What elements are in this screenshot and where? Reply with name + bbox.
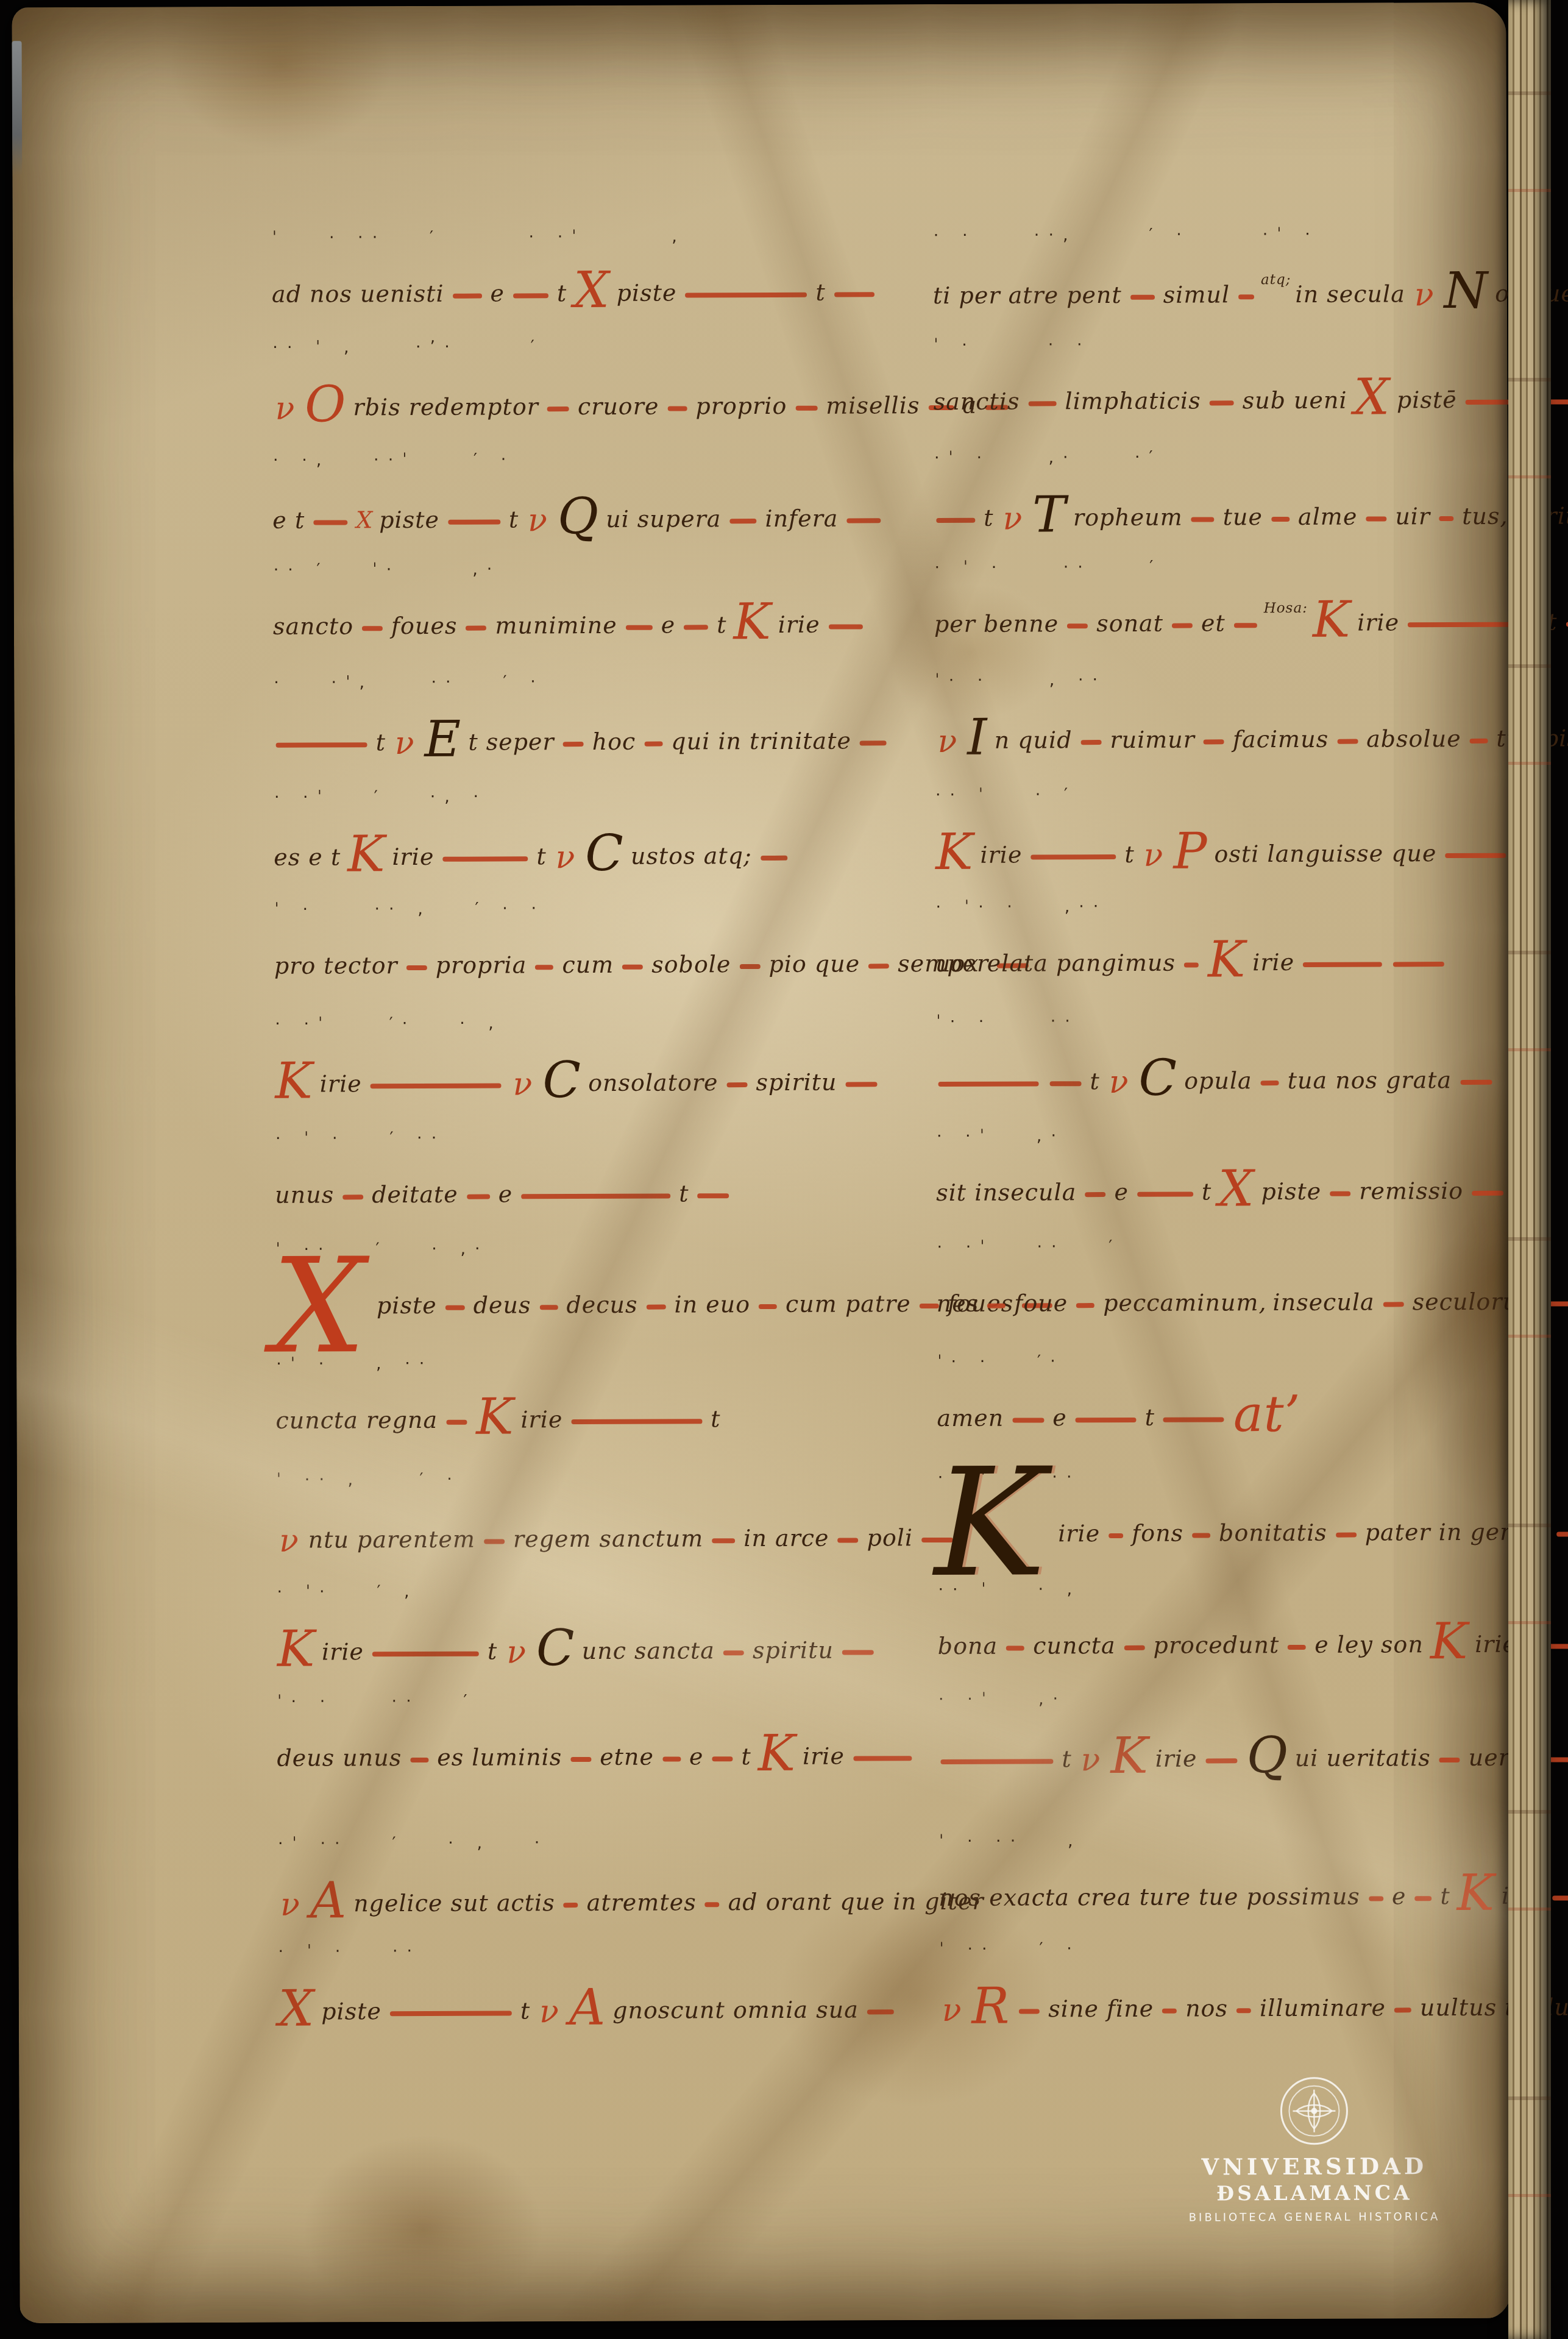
red-extender-line (1012, 1418, 1044, 1422)
red-extender-line (521, 1193, 670, 1199)
neume-row: · ˈ · ·· (278, 1940, 929, 1961)
red-extender-line (1050, 1081, 1082, 1086)
red-extender-line (1383, 1302, 1404, 1307)
text-line: ˈ ·· , ′ ·νntu parentemregem sanctumin a… (17, 1519, 1512, 1616)
text-line: · ˈ · ′ ··unusdeitateet· ·ˈ ,·sit insecu… (16, 1177, 1511, 1274)
chant-text: es e tKirietνCustos atq; (271, 839, 793, 877)
red-extender-line (759, 1304, 777, 1308)
neume-row: · ·ˈ ·· ′ (937, 1236, 1542, 1257)
red-extender-line (535, 965, 553, 970)
chant-word: simul (1163, 281, 1230, 308)
red-extender-line (729, 519, 756, 524)
red-extender-line (705, 1902, 720, 1907)
red-extender-line (406, 965, 427, 970)
chant-word: e t (272, 507, 305, 534)
neume-row: · ·, ··ˈ ′ · (273, 449, 924, 470)
chant-word: ui ueritatis (1295, 1744, 1431, 1772)
chant-word: t (1440, 1883, 1450, 1909)
chant-word: cuncta (1033, 1632, 1116, 1659)
chant-word: procedunt (1153, 1631, 1279, 1659)
chant-word: e (1114, 1179, 1129, 1205)
chant-text: νntu parentemregem sanctumin arcepoli (273, 1521, 959, 1560)
chant-word: t (1202, 1178, 1211, 1205)
chant-text: νRsine finenosilluminareuultus tui luce (936, 1990, 1568, 2029)
red-extender-line (1191, 517, 1215, 522)
versus-mark: ν (942, 1992, 962, 2029)
left-column-line: · ˈ· ′ ,KirietνCunc sanctaspiritu (274, 1633, 929, 1727)
neume-row: · · ··, ′ · ·ˈ · (934, 224, 1539, 245)
red-extender-line (571, 1419, 702, 1424)
red-extender-line (390, 2011, 512, 2016)
chant-word: piste (1261, 1178, 1321, 1205)
red-extender-line (1439, 516, 1453, 521)
chant-word: foue (1014, 1290, 1068, 1316)
red-extender-line (1549, 1301, 1568, 1306)
chant-text: nesfouepeccaminum,inseculaseculorum (934, 1288, 1568, 1317)
neume-row: · ˈ· ′ , (277, 1580, 928, 1602)
chant-word: peccaminum, (1103, 1289, 1266, 1316)
chant-text: ad nos uenistietXpistet (269, 279, 880, 307)
watermark-line-3: BIBLIOTECA GENERAL HISTORICA (1174, 2210, 1455, 2224)
chant-word: cum patre (786, 1290, 911, 1318)
neume-row: · ˈ· · ,·· (935, 896, 1541, 917)
chant-word: irie (980, 842, 1022, 868)
chant-word: irie (520, 1406, 562, 1433)
chant-word: facimus (1233, 726, 1329, 753)
red-extender-line (1204, 739, 1224, 744)
neume-row: · ·ˈ ′· · , (275, 1012, 926, 1034)
red-extender-line (1393, 962, 1444, 967)
text-line: ·ˈ ·· ′ · , ·νAngelice sut actisatremtes… (18, 1883, 1513, 1979)
red-extender-line (1238, 294, 1254, 299)
red-extender-line (842, 1650, 874, 1655)
chant-word: e (498, 1180, 513, 1207)
chant-word: e (689, 1743, 704, 1770)
chant-word: etne (600, 1744, 654, 1770)
chant-word: spiritu (756, 1069, 837, 1096)
chant-word: nos exacta crea ture tue possimus (938, 1883, 1360, 1911)
red-extender-line (442, 856, 528, 861)
neume-row: · ·ˈ ,· (937, 1125, 1542, 1146)
chant-word: sonat (1096, 610, 1163, 637)
chant-word: fons (1132, 1520, 1183, 1547)
chant-word: t (741, 1743, 751, 1770)
neume-row: ·· ˈ , ·ʼ· ′ (272, 336, 924, 357)
red-extender-line (739, 964, 760, 969)
red-extender-line (846, 1082, 878, 1087)
chant-word: poli (867, 1524, 913, 1551)
chant-word: n quid (995, 726, 1073, 753)
red-extender-line (563, 742, 584, 747)
chant-word: unus (275, 1181, 334, 1208)
chant-word: proprio (695, 392, 787, 420)
chant-word: infera (765, 505, 838, 532)
red-extender-line (1414, 1896, 1431, 1901)
chant-word: nes (937, 1290, 979, 1317)
versus-mark: ν (539, 1993, 559, 2030)
chant-word: irie (1252, 949, 1294, 976)
red-extender-line (712, 1538, 735, 1543)
red-extender-line (1210, 400, 1234, 405)
versus-mark: ν (275, 391, 296, 427)
chant-text: tνKirieQui ueritatisuerbo (935, 1740, 1568, 1779)
chant-word: pro tector (274, 952, 398, 979)
chant-text: Kiriefonsbonitatispater in genitea quo (934, 1518, 1568, 1548)
chant-text: nos exacta crea ture tue possimusetKirie (935, 1882, 1568, 1911)
versus-mark: ν (528, 502, 548, 539)
red-extender-line (1470, 738, 1488, 743)
versus-mark: ν (1144, 837, 1164, 874)
red-extender-line (1006, 1645, 1024, 1650)
chant-text: νOrbis redemptorcruorepropriomisellisa (269, 388, 1015, 427)
chant-word: onsolatore (588, 1069, 718, 1096)
chant-word: qui in trinitate (671, 727, 851, 754)
watermark-line-2: ĐSALAMANCA (1174, 2181, 1455, 2206)
neume-row: ·· ′ ˈ· ,· (274, 558, 925, 580)
red-extender-line (547, 406, 569, 411)
chant-word: bona (938, 1633, 998, 1659)
red-extender-line (1236, 2008, 1251, 2013)
left-column-line: ·ˈ ·· ′ · , ·νAngelice sut actisatremtes… (274, 1884, 930, 1978)
red-extender-line (1472, 1190, 1503, 1195)
chant-word: nos (1185, 1995, 1228, 2021)
versus-mark: ν (395, 725, 415, 762)
red-extender-line (1556, 1532, 1568, 1536)
red-extender-line (410, 1757, 428, 1762)
neume-row: · ·ˈ ′ ·, · (274, 786, 926, 807)
red-extender-line (868, 964, 889, 968)
chant-word: sine fine (1048, 1995, 1154, 2023)
chant-text: KirietνCunc sanctaspiritu (274, 1633, 879, 1671)
red-extender-line (276, 742, 367, 748)
red-extender-line (795, 405, 817, 410)
red-extender-line (860, 740, 887, 745)
chant-word: t (557, 280, 567, 307)
chant-word: per benne (934, 610, 1059, 637)
red-extender-line (829, 624, 863, 629)
versus-mark: ν (556, 839, 576, 876)
versus-mark: ν (279, 1523, 299, 1560)
red-extender-line (362, 626, 383, 631)
chant-text: per bennesonatetHosa:Kiriet (931, 608, 1568, 637)
chant-word: irie (322, 1638, 364, 1665)
red-extender-line (1548, 1757, 1568, 1762)
red-extender-line (1028, 401, 1056, 406)
text-line: · ·ˈ ′ ·, ·es e tKirietνCustos atq;·· ˈ … (15, 836, 1509, 933)
book-fore-edge (1508, 0, 1551, 2339)
red-extender-line (846, 518, 881, 523)
versus-mark: ν (280, 1887, 300, 1923)
red-extender-line (698, 1193, 729, 1198)
red-extender-line (712, 1756, 733, 1761)
chant-word: propria (436, 951, 527, 979)
red-extender-line (987, 1303, 1006, 1308)
right-column-line: ·· ˈ · ,bonacunctaprocedunte ley sonKiri… (935, 1631, 1545, 1724)
chant-word: illuminare (1260, 1994, 1386, 2021)
library-watermark: VNIVERSIDAD ĐSALAMANCA BIBLIOTECA GENERA… (1174, 2075, 1455, 2224)
chant-word: irie (803, 1743, 845, 1770)
chant-word: in euo (674, 1291, 750, 1318)
text-line: · ˈ· ′ ,KirietνCunc sanctaspiritu·· ˈ · … (18, 1631, 1513, 1728)
neume-row: ˈ · ·· ′ · ·ˈ , (272, 226, 924, 247)
neume-row: ˈ· · ·· ′ (277, 1690, 929, 1711)
right-column-line: ˈ ·· ′ ·νRsine finenosilluminareuultus t… (936, 1990, 1546, 2084)
red-extender-line (1394, 2007, 1411, 2012)
left-column-line: ˈ · ·· ′ · ·ˈ ,ad nos uenistietXpistet (269, 279, 924, 372)
chant-word: e (661, 611, 676, 638)
initial-letter: K (934, 1523, 1046, 1524)
chant-word: X (356, 506, 373, 533)
red-extender-line (1566, 622, 1568, 626)
red-extender-line (834, 292, 874, 297)
neume-row: ·ˈ ·· ′ · , · (278, 1832, 929, 1853)
neume-row: · ·ˈ ,· (938, 1688, 1544, 1709)
chant-word: sancto (273, 612, 353, 639)
chant-word: cruore (578, 393, 659, 420)
neume-row: ˈ ·· , ′ · (277, 1468, 928, 1489)
red-extender-line (445, 1305, 465, 1310)
red-extender-line (1019, 2009, 1040, 2014)
chant-word: ropheum (1073, 504, 1183, 531)
chant-word: es e t (274, 843, 341, 870)
neume-row: · ·ˈ, ·· ′ · (274, 671, 925, 692)
chant-word: irie (1357, 609, 1399, 636)
red-extender-line (467, 1194, 490, 1199)
manuscript-page: ˈ · ·· ′ · ·ˈ ,ad nos uenistietXpistet· … (12, 2, 1514, 2324)
red-extender-line (1124, 1645, 1145, 1650)
neume-row: ˈ ·· ′ · ,· (275, 1238, 927, 1259)
chant-text: sit inseculaetXpisteremissio (933, 1177, 1509, 1206)
red-extender-line (1288, 1644, 1306, 1649)
versus-mark: ν (506, 1634, 527, 1670)
chant-word: t seper (468, 728, 554, 755)
chant-word: t (488, 1638, 497, 1665)
chant-word: in arce (743, 1525, 829, 1552)
versus-mark: ν (937, 723, 957, 760)
chant-word: atremtes (587, 1889, 697, 1916)
chant-word: irie (320, 1070, 362, 1097)
red-extender-line (867, 2009, 894, 2014)
red-extender-line (466, 625, 486, 630)
chant-word: cuncta regna (275, 1407, 438, 1434)
chant-word: t (1124, 841, 1134, 868)
chant-word: remissio (1359, 1177, 1463, 1205)
chant-word: misellis (826, 392, 920, 419)
chant-word: decus (566, 1291, 637, 1318)
chant-word: limphaticis (1065, 387, 1201, 414)
red-extender-line (853, 1756, 912, 1761)
red-extender-line (1337, 739, 1358, 744)
versus-mark: ν (1081, 1742, 1101, 1778)
text-line: ·· ′ ˈ· ,·sanctofouesmunimineetKirie· ˈ … (14, 609, 1509, 706)
neume-row: ˈ· · , ·· (935, 669, 1541, 690)
chant-word: irie (1155, 1745, 1197, 1772)
chant-word: tua nos grata (1288, 1067, 1452, 1094)
chant-word: pio que (768, 950, 860, 978)
red-extender-line (626, 625, 653, 630)
chant-word: ntu parentem (308, 1526, 475, 1553)
red-extender-line (1206, 1758, 1238, 1763)
text-line: · ·, ··ˈ ′ ·e tXpistetνQui superainfera·… (13, 499, 1508, 596)
neume-row: ·· ˈ · , (938, 1578, 1544, 1599)
red-extender-line (685, 292, 807, 297)
chant-word: irie (778, 611, 820, 638)
chant-word: piste (379, 506, 439, 533)
chant-word: t (1145, 1404, 1155, 1431)
red-extender-line (938, 1081, 1039, 1087)
red-extender-line (662, 1756, 681, 1761)
chant-text: pro tectorpropriacumsobolepio quesemper (271, 949, 1034, 979)
versus-mark: ν (1414, 277, 1435, 313)
red-extender-line (1162, 2008, 1177, 2013)
red-extender-line (723, 1650, 744, 1655)
text-line: ˈ· · ·· ′deus unuses luminisetneetKirie·… (18, 1741, 1513, 1837)
text-line: ·· ˈ , ·ʼ· ′νOrbis redemptorcruorepropri… (13, 386, 1508, 483)
chant-word: e (1052, 1404, 1067, 1431)
chant-word: osti languisse que (1214, 840, 1436, 867)
red-extender-line (1163, 1417, 1224, 1422)
text-line: ˈ · ·· ′ · ·ˈ ,ad nos uenistietXpistet· … (13, 277, 1508, 374)
left-column-line: · ˈ · ′ ··unusdeitateet (272, 1179, 928, 1273)
chant-word: t (1090, 1068, 1099, 1095)
neume-row: ·ˈ · ,· ·′ (934, 447, 1540, 467)
chant-word: t (1062, 1745, 1071, 1772)
red-extender-line (622, 964, 643, 969)
chant-word: sobole (651, 951, 731, 978)
red-extender-line (453, 293, 482, 298)
red-extender-line (1085, 1192, 1105, 1197)
chant-text: amenetat’ (934, 1404, 1304, 1432)
chant-text: XpistetνAgnoscunt omnia sua (275, 1992, 899, 2031)
red-extender-line (1261, 1081, 1279, 1085)
red-extender-line (1130, 294, 1155, 299)
chant-text: KirietνPosti languisse que (932, 836, 1512, 875)
initial-letter: X (272, 1306, 366, 1307)
chant-text: e tXpistetνQui superainfera (269, 501, 886, 540)
red-extender-line (372, 1651, 479, 1656)
text-line: · ˈ · ··XpistetνAgnoscunt omnia suaˈ ·· … (19, 1990, 1514, 2087)
chant-word: hoc (592, 728, 636, 755)
chant-rows: ˈ · ·· ′ · ·ˈ ,ad nos uenistietXpistet· … (12, 2, 1514, 2324)
chant-word: insecula (1272, 1288, 1374, 1316)
red-extender-line (1446, 853, 1506, 857)
chant-word: t (520, 1997, 530, 2024)
chant-word: ustos atq; (631, 842, 752, 870)
chant-text: deus unuses luminisetneetKirie (274, 1742, 917, 1772)
chant-word: deitate (372, 1181, 458, 1208)
chant-text: KirieνConsolatorespiritu (271, 1065, 882, 1104)
right-column-line: · · ··, ′ · ·ˈ ·ti per atre pentsimulatq… (930, 277, 1540, 370)
chant-word: gnoscunt omnia sua (612, 1996, 859, 2023)
chant-word: absolue (1366, 725, 1461, 753)
chant-word: t (815, 279, 825, 306)
red-extender-line (1067, 623, 1088, 628)
chant-word: t (984, 505, 993, 531)
chant-word: deus (474, 1291, 531, 1318)
red-extender-line (1076, 1303, 1094, 1308)
red-extender-line (1031, 854, 1116, 859)
chant-word: amen (937, 1405, 1004, 1432)
neume-row: ˈ · · · (934, 334, 1539, 355)
chant-word: piste (617, 279, 677, 306)
chant-word: es luminis (437, 1744, 562, 1771)
chant-word: t (376, 729, 386, 756)
chant-word: ti per atre pent (933, 282, 1122, 309)
red-extender-line (936, 517, 975, 522)
chant-word: unc sancta (582, 1637, 715, 1664)
red-extender-line (761, 855, 787, 860)
chant-word: t (717, 611, 726, 638)
red-extender-line (1303, 962, 1382, 967)
red-extender-line (313, 520, 347, 525)
red-extender-line (940, 1759, 1053, 1764)
chant-word: ui supera (606, 505, 721, 533)
red-extender-line (684, 625, 708, 630)
red-extender-line (1366, 516, 1386, 521)
chant-text: ti per atre pentsimulatq;in seculaνNos q… (930, 276, 1568, 315)
red-extender-line (1271, 516, 1290, 521)
neume-row: · ˈ · ′ ·· (275, 1127, 927, 1148)
chant-word: irie (1058, 1520, 1100, 1547)
chant-text: tνEt seperhocqui in trinitate (270, 723, 892, 762)
red-extender-line (564, 1903, 578, 1908)
photo-backdrop: ˈ · ·· ′ · ·ˈ ,ad nos uenistietXpistet· … (0, 0, 1568, 2339)
chant-text: tνTropheumtuealmeuirtus, pariter (931, 499, 1568, 538)
red-extender-line (644, 741, 662, 746)
chant-word: ruimur (1110, 726, 1195, 753)
chant-word: foues (391, 612, 458, 639)
chant-text: νIn quidruimurfacimusabsoluetu xpiste re… (931, 721, 1568, 760)
chant-word: munimine (495, 612, 617, 639)
red-extender-line (1192, 1533, 1210, 1538)
chant-word: tue (1223, 503, 1263, 530)
chant-word: t (711, 1405, 720, 1432)
red-extender-line (1172, 623, 1193, 628)
chant-word: t (536, 843, 546, 870)
chant-word: piste (377, 1292, 437, 1319)
chant-word: t (509, 506, 519, 533)
red-extender-line (1369, 1896, 1383, 1901)
chant-word: e (1392, 1883, 1407, 1909)
chant-word: rbis redemptor (353, 393, 539, 421)
chant-text: tνCopulatua nos grata (932, 1063, 1497, 1101)
red-extender-line (667, 406, 687, 411)
neume-row: ˈ · ·· , (939, 1830, 1545, 1851)
red-extender-line (1552, 1895, 1568, 1900)
chant-text: νAngelice sut actisatremtesad orant que … (274, 1884, 987, 1923)
chant-word: cum (562, 951, 614, 978)
red-extender-line (1184, 962, 1199, 967)
red-extender-line (1137, 1191, 1193, 1196)
red-extender-line (570, 1756, 591, 1761)
chant-word: ngelice sut actis (353, 1889, 555, 1917)
neume-row: ˈ · ·· , ′ · · (274, 898, 926, 919)
chant-word: pistē (1397, 386, 1457, 413)
chant-word: e ley son (1314, 1631, 1424, 1658)
right-column-line: ˈ · ·· ,nos exacta crea ture tue possimu… (935, 1883, 1545, 1976)
chant-word: et (1201, 609, 1226, 636)
chant-word: regem sanctum (513, 1525, 703, 1552)
red-extender-line (1460, 1079, 1492, 1084)
chant-word: alme (1298, 503, 1357, 530)
chant-word: sub ueni (1243, 387, 1347, 414)
chant-word: in secula (1296, 280, 1405, 308)
left-column-line: · ˈ · ··XpistetνAgnoscunt omnia sua (275, 1992, 931, 2086)
neume-row: ˈ ·· ′ · (939, 1938, 1545, 1959)
chant-word: spiritu (753, 1637, 834, 1664)
chant-text: uox elata pangimusKirie (932, 948, 1450, 977)
chant-text: bonacunctaprocedunte ley sonKirie (935, 1630, 1568, 1659)
